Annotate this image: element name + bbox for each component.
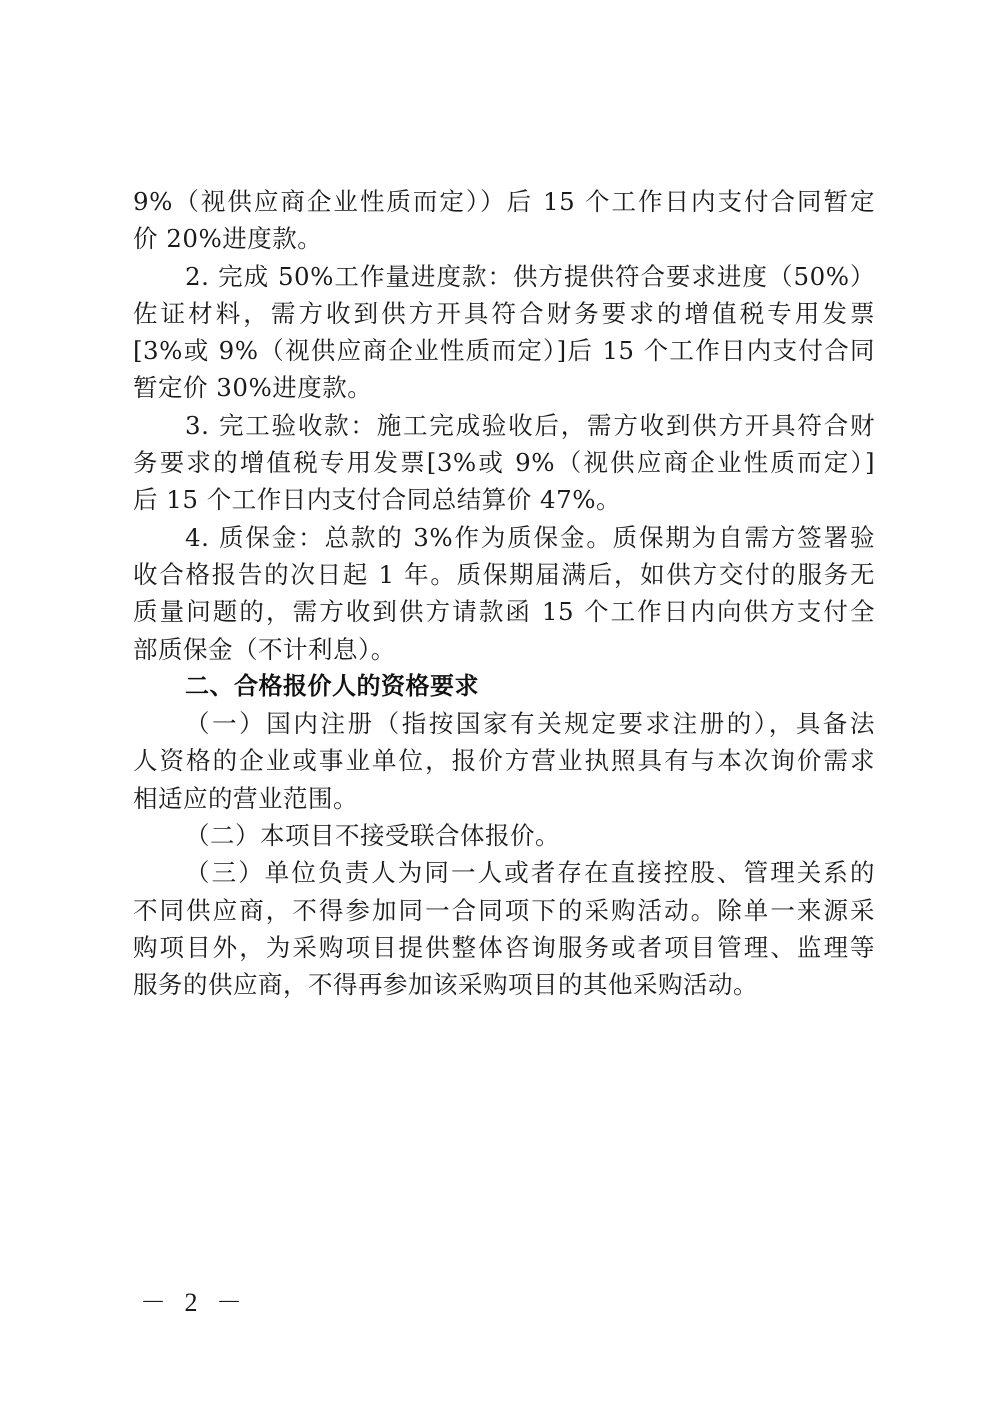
text-line: 2. 完成 50%工作量进度款：供方提供符合要求进度（50%） <box>133 258 875 295</box>
text-line: （一）国内注册（指按国家有关规定要求注册的），具备法 <box>133 705 875 742</box>
paragraph-payment-3: 3. 完工验收款：施工完成验收后，需方收到供方开具符合财 务要求的增值税专用发票… <box>133 407 875 519</box>
text-line: 3. 完工验收款：施工完成验收后，需方收到供方开具符合财 <box>133 407 875 444</box>
text-line: 4. 质保金：总款的 3%作为质保金。质保期为自需方签署验 <box>133 519 875 556</box>
text-line: 服务的供应商，不得再参加该采购项目的其他采购活动。 <box>133 966 875 1003</box>
text-line: [3%或 9%（视供应商企业性质而定）]后 15 个工作日内支付合同 <box>133 332 875 369</box>
text-line: 价 20%进度款。 <box>133 220 875 257</box>
text-line: 9%（视供应商企业性质而定））后 15 个工作日内支付合同暂定 <box>133 183 875 220</box>
text-line: 人资格的企业或事业单位，报价方营业执照具有与本次询价需求 <box>133 742 875 779</box>
text-line: 相适应的营业范围。 <box>133 780 875 817</box>
paragraph-qualification-1: （一）国内注册（指按国家有关规定要求注册的），具备法 人资格的企业或事业单位，报… <box>133 705 875 817</box>
paragraph-payment-2: 2. 完成 50%工作量进度款：供方提供符合要求进度（50%） 佐证材料，需方收… <box>133 258 875 407</box>
text-line: 购项目外，为采购项目提供整体咨询服务或者项目管理、监理等 <box>133 929 875 966</box>
text-line: （三）单位负责人为同一人或者存在直接控股、管理关系的 <box>133 854 875 891</box>
text-line: 务要求的增值税专用发票[3%或 9%（视供应商企业性质而定）] <box>133 444 875 481</box>
text-line: 暂定价 30%进度款。 <box>133 369 875 406</box>
text-line: （二）本项目不接受联合体报价。 <box>133 817 875 854</box>
text-line: 佐证材料，需方收到供方开具符合财务要求的增值税专用发票 <box>133 295 875 332</box>
text-line: 部质保金（不计利息）。 <box>133 631 875 668</box>
section-title: 二、合格报价人的资格要求 <box>133 668 875 705</box>
paragraph-payment-1-continued: 9%（视供应商企业性质而定））后 15 个工作日内支付合同暂定 价 20%进度款… <box>133 183 875 258</box>
text-line: 不同供应商，不得参加同一合同项下的采购活动。除单一来源采 <box>133 892 875 929</box>
text-line: 质量问题的，需方收到供方请款函 15 个工作日内向供方支付全 <box>133 593 875 630</box>
page-number: － 2 － <box>140 1282 248 1319</box>
paragraph-qualification-2: （二）本项目不接受联合体报价。 <box>133 817 875 854</box>
document-body: 9%（视供应商企业性质而定））后 15 个工作日内支付合同暂定 价 20%进度款… <box>133 183 875 1004</box>
paragraph-qualification-3: （三）单位负责人为同一人或者存在直接控股、管理关系的 不同供应商，不得参加同一合… <box>133 854 875 1003</box>
section-heading: 二、合格报价人的资格要求 <box>133 668 875 705</box>
paragraph-payment-4: 4. 质保金：总款的 3%作为质保金。质保期为自需方签署验 收合格报告的次日起 … <box>133 519 875 668</box>
text-line: 收合格报告的次日起 1 年。质保期届满后，如供方交付的服务无 <box>133 556 875 593</box>
text-line: 后 15 个工作日内支付合同总结算价 47%。 <box>133 481 875 518</box>
